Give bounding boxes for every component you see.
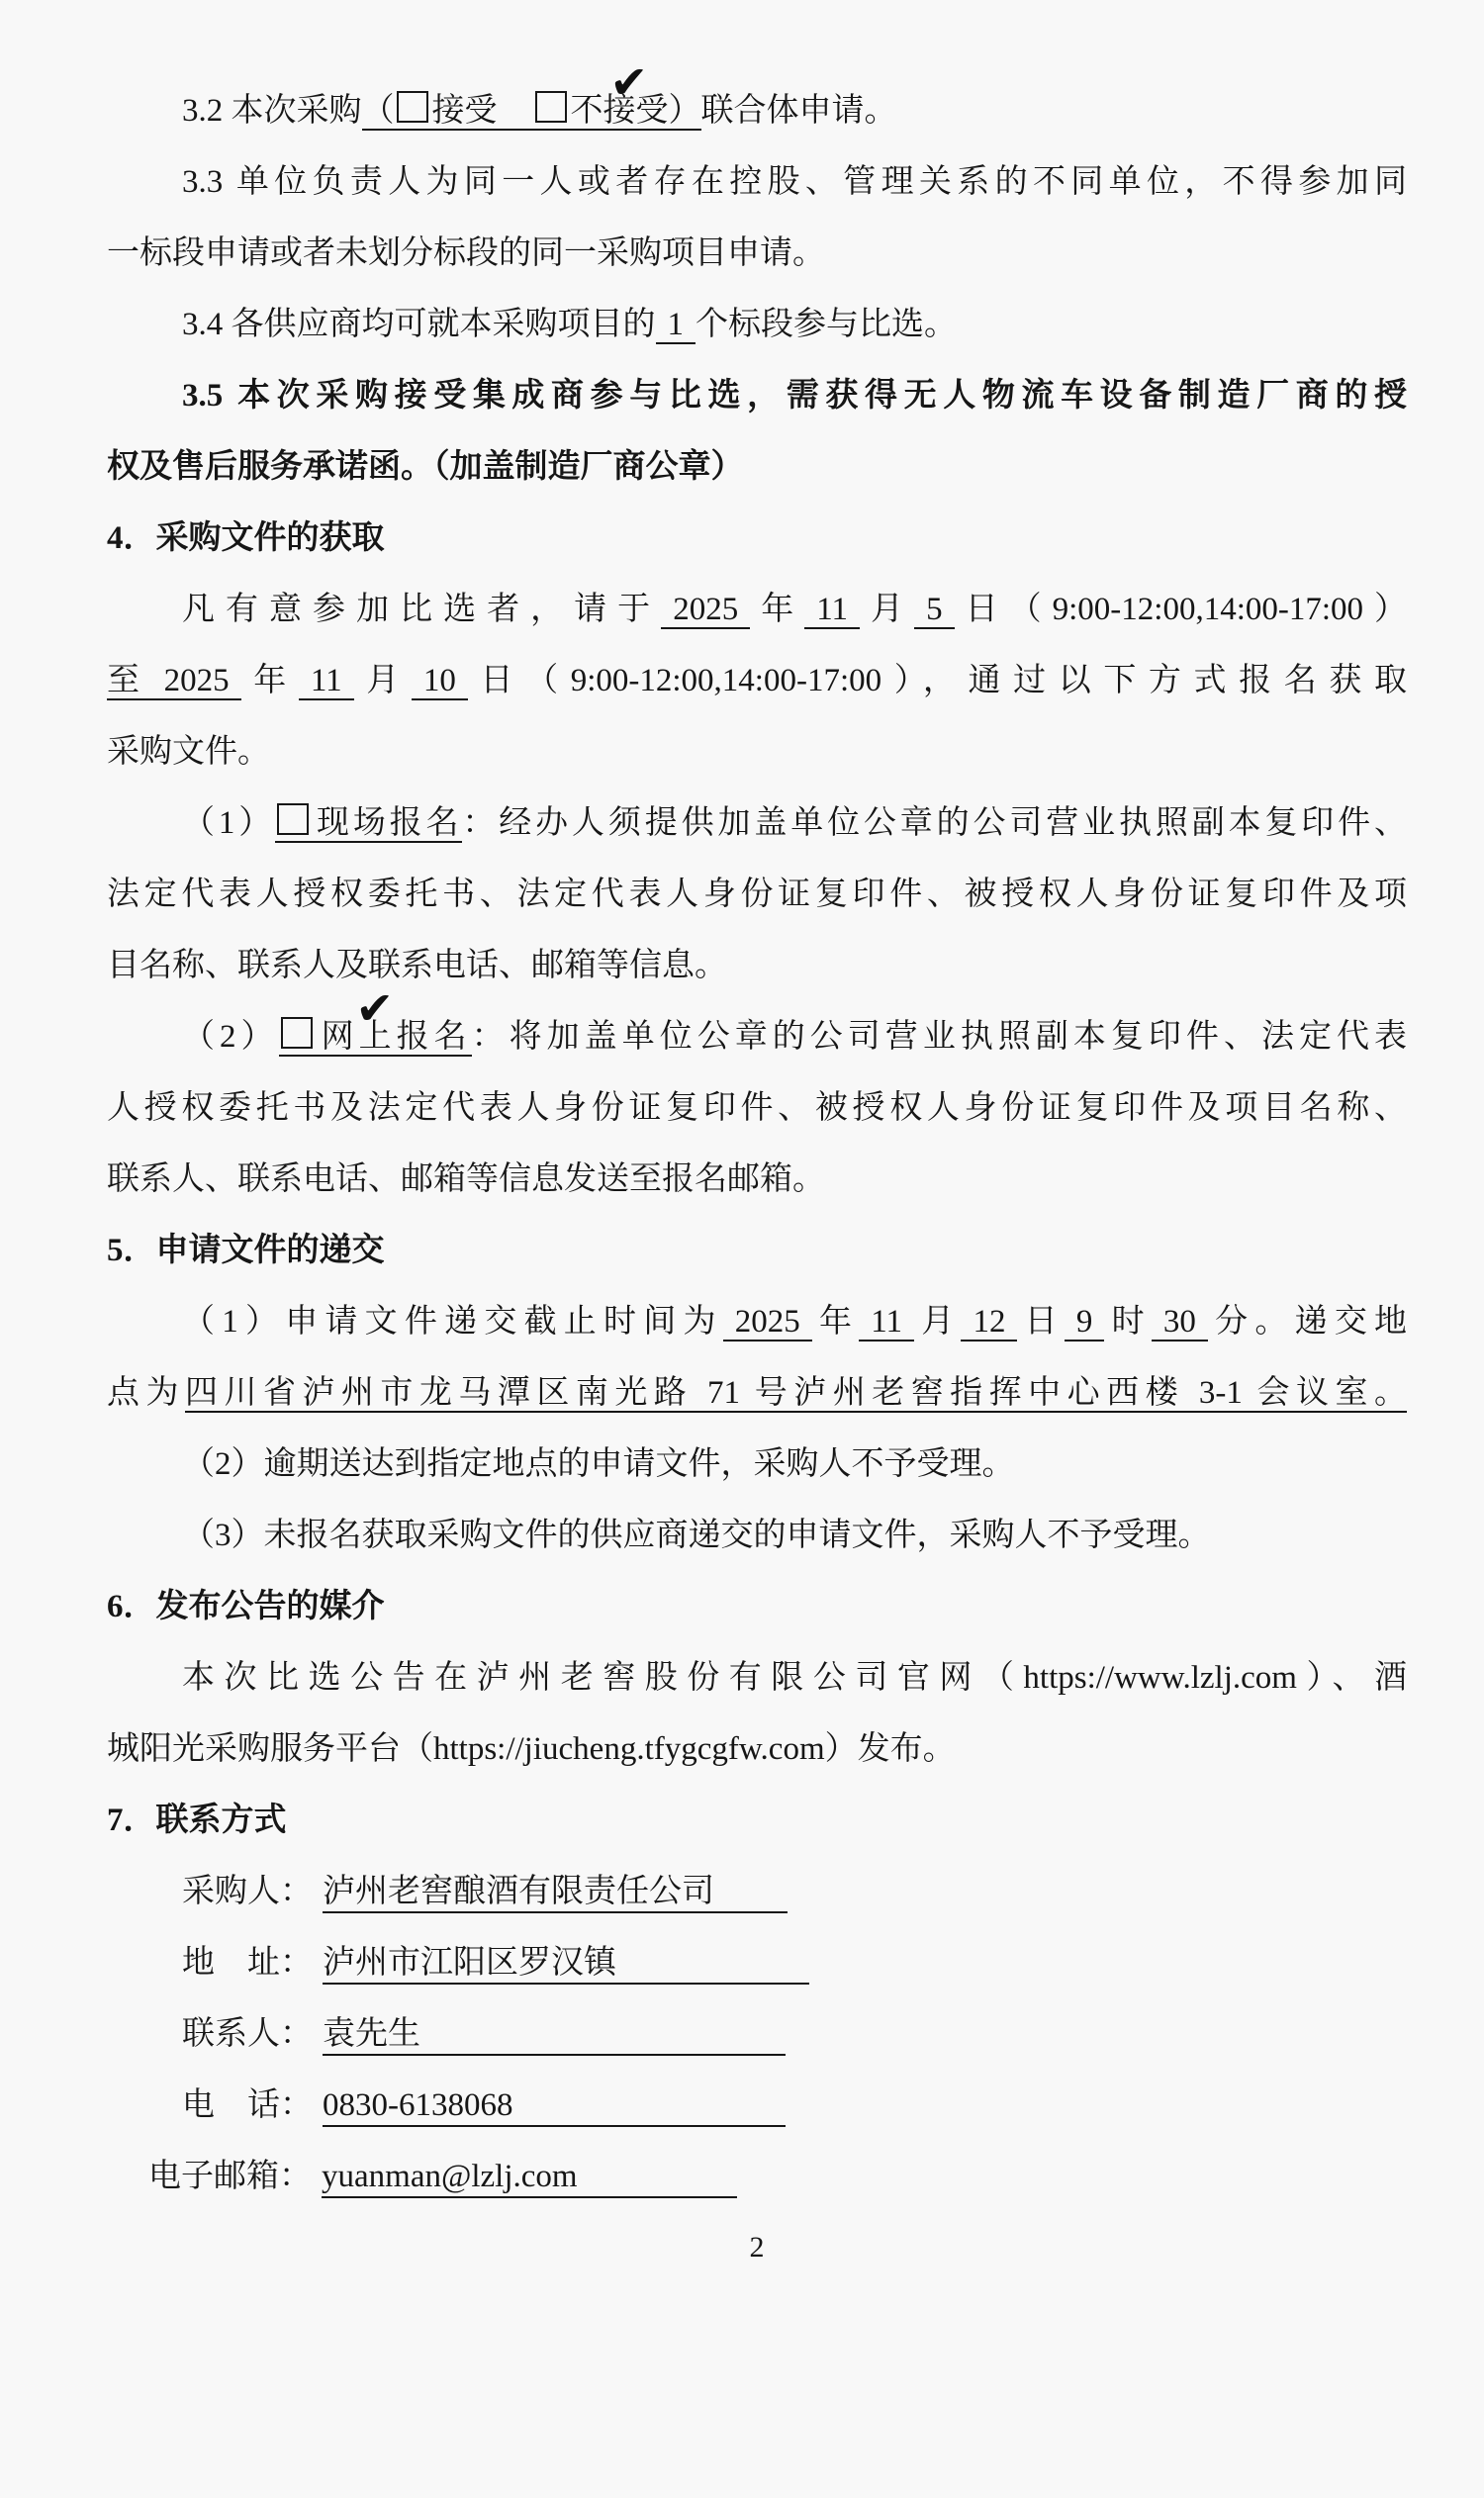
contact-row-phone: 电 话：0830-6138068 [107, 2070, 1407, 2141]
end-year-blank: 2025 [152, 663, 241, 700]
checkbox-checked-icon [281, 1017, 313, 1049]
method-2-line1: （2）网上报名：将加盖单位公章的公司营业执照副本复印件、法定代表 [107, 1001, 1407, 1072]
start-month-blank: 11 [804, 592, 860, 629]
heading-section-5: 5．申请文件的递交 [107, 1215, 1407, 1286]
clause-3-4: 3.4 各供应商均可就本采购项目的1个标段参与比选。 [107, 289, 1407, 360]
submission-line2: 点为四川省泸州市龙马潭区南光路 71 号泸州老窖指挥中心西楼 3-1 会议室。 [107, 1357, 1407, 1429]
unit-year: 年 [812, 1304, 859, 1340]
paren-close: ） [669, 93, 701, 129]
deadline-day-blank: 12 [961, 1304, 1017, 1342]
clause-3-2-tail: 联合体申请。 [701, 93, 897, 129]
method-2-text: 将加盖单位公章的公司营业执照副本复印件、法定代表 [510, 1019, 1407, 1055]
contact-row-person: 联系人：袁先生 [107, 1998, 1407, 2070]
obtain-docs-line1: 凡有意参加比选者，请于2025年11月5日（9:00-12:00,14:00-1… [107, 574, 1407, 645]
obtain-docs-line2: 至2025年11月10日（9:00-12:00,14:00-17:00），通过以… [107, 645, 1407, 716]
submission-address: 四川省泸州市龙马潭区南光路 71 号泸州老窖指挥中心西楼 3-1 会议室。 [185, 1375, 1407, 1413]
contact-row-email: 电子邮箱：yuanman@lzlj.com [107, 2141, 1407, 2212]
unit-minute: 分 [1208, 1304, 1254, 1340]
deadline-tail: 。递交地 [1254, 1304, 1407, 1340]
contact-label: 采购人： [182, 1874, 313, 1909]
online-signup-option: 网上报名 [279, 1019, 472, 1057]
unit-day: 日 [468, 663, 525, 698]
deadline-minute-blank: 30 [1152, 1304, 1208, 1342]
heading-section-6: 6．发布公告的媒介 [107, 1571, 1407, 1642]
lot-count-blank: 1 [656, 307, 696, 344]
heading-section-7: 7．联系方式 [107, 1785, 1407, 1856]
contact-label: 联系人： [182, 2016, 313, 2052]
contact-row-address: 地 址：泸州市江阳区罗汉镇 [107, 1927, 1407, 1998]
media-line1: 本次比选公告在泸州老窖股份有限公司官网（https://www.lzlj.com… [107, 1642, 1407, 1713]
checkbox-unchecked-icon [397, 91, 428, 123]
unit-day: 日 [1017, 1304, 1064, 1340]
unit-day: 日 [955, 592, 1009, 627]
colon: ： [472, 1019, 510, 1055]
start-day-blank: 5 [914, 592, 955, 629]
clause-3-5-line1: 3.5 本次采购接受集成商参与比选，需获得无人物流车设备制造厂商的授 [107, 360, 1407, 431]
heading-section-4: 4．采购文件的获取 [107, 503, 1407, 574]
address-pre: 点为 [107, 1375, 185, 1411]
clause-3-5-line2: 权及售后服务承诺函。（加盖制造厂商公章） [107, 431, 1407, 503]
page-footer: 2 [107, 2212, 1407, 2283]
obtain-pre: 凡有意参加比选者，请于 [182, 592, 661, 627]
colon: ： [462, 805, 499, 841]
method-2-index: （2） [182, 1019, 279, 1055]
clause-3-3-line2: 一标段申请或者未划分标段的同一采购项目申请。 [107, 218, 1407, 289]
unit-year: 年 [750, 592, 804, 627]
unit-month: 月 [860, 592, 914, 627]
clause-3-4-pre: 3.4 各供应商均可就本采购项目的 [182, 307, 656, 342]
acceptance-options-blank: （接受不接受） [362, 93, 701, 131]
end-month-blank: 11 [299, 663, 354, 700]
method-1-index: （1） [182, 805, 275, 841]
checkbox-unchecked-icon [277, 803, 309, 835]
onsite-signup-label: 现场报名 [313, 805, 462, 841]
unit-month: 月 [914, 1304, 961, 1340]
clause-3-2: 3.2 本次采购（接受不接受）联合体申请。 [107, 75, 1407, 146]
submission-rule-3: （3）未报名获取采购文件的供应商递交的申请文件，采购人不予受理。 [107, 1500, 1407, 1571]
page-number: 2 [750, 2231, 765, 2264]
method-2-line3: 联系人、联系电话、邮箱等信息发送至报名邮箱。 [107, 1144, 1407, 1215]
office-hours-and-tail: （9:00-12:00,14:00-17:00），通过以下方式报名获取 [525, 663, 1407, 698]
onsite-signup-option: 现场报名 [275, 805, 462, 843]
checkbox-checked-icon [535, 91, 567, 123]
contact-label: 电子邮箱： [148, 2159, 312, 2194]
submission-rule-2: （2）逾期送达到指定地点的申请文件，采购人不予受理。 [107, 1429, 1407, 1500]
clause-3-3-line1: 3.3 单位负责人为同一人或者存在控股、管理关系的不同单位，不得参加同 [107, 146, 1407, 218]
paren-open: （ [362, 93, 395, 129]
method-1-text: 经办人须提供加盖单位公章的公司营业执照副本复印件、 [499, 805, 1407, 841]
deadline-hour-blank: 9 [1065, 1304, 1105, 1342]
contact-label: 电 话： [182, 2087, 313, 2123]
obtain-docs-line3: 采购文件。 [107, 716, 1407, 787]
phone-value: 0830-6138068 [323, 2085, 786, 2127]
submission-line1: （1）申请文件递交截止时间为2025年11月12日9时30分。递交地 [107, 1286, 1407, 1357]
end-day-blank: 10 [412, 663, 468, 700]
start-year-blank: 2025 [661, 592, 750, 629]
method-1-line1: （1）现场报名：经办人须提供加盖单位公章的公司营业执照副本复印件、 [107, 787, 1407, 859]
office-hours: （9:00-12:00,14:00-17:00） [1009, 592, 1407, 627]
until-word: 至 [107, 663, 152, 700]
address-value: 泸州市江阳区罗汉镇 [323, 1943, 809, 1985]
email-value: yuanman@lzlj.com [322, 2157, 737, 2198]
clause-3-2-pre: 3.2 本次采购 [182, 93, 362, 129]
contact-person-value: 袁先生 [323, 2014, 786, 2056]
document-page: 3.2 本次采购（接受不接受）联合体申请。 3.3 单位负责人为同一人或者存在控… [0, 0, 1484, 2498]
deadline-month-blank: 11 [859, 1304, 914, 1342]
unit-month: 月 [354, 663, 412, 698]
contact-label: 地 址： [182, 1945, 313, 1981]
option-accept-label: 接受 [432, 93, 498, 129]
media-line2: 城阳光采购服务平台（https://jiucheng.tfygcgfw.com）… [107, 1713, 1407, 1785]
deadline-year-blank: 2025 [723, 1304, 812, 1342]
purchaser-value: 泸州老窖酿酒有限责任公司 [323, 1872, 788, 1913]
deadline-pre: （1）申请文件递交截止时间为 [182, 1304, 723, 1340]
contact-row-purchaser: 采购人：泸州老窖酿酒有限责任公司 [107, 1856, 1407, 1927]
clause-3-4-tail: 个标段参与比选。 [696, 307, 957, 342]
unit-hour: 时 [1104, 1304, 1151, 1340]
method-1-line2: 法定代表人授权委托书、法定代表人身份证复印件、被授权人身份证复印件及项 [107, 859, 1407, 930]
method-2-line2: 人授权委托书及法定代表人身份证复印件、被授权人身份证复印件及项目名称、 [107, 1072, 1407, 1144]
unit-year: 年 [241, 663, 299, 698]
